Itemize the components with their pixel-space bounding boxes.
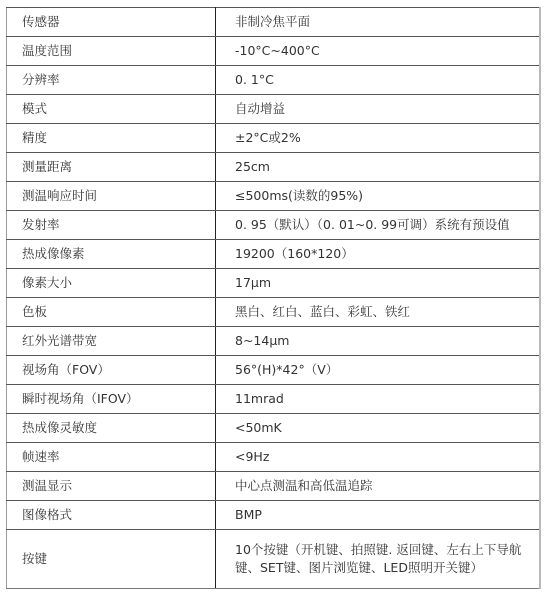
spec-value: 56°(H)*42°（V） bbox=[216, 356, 541, 385]
spec-value: 10个按键（开机键、拍照键. 返回键、左右上下导航键、SET键、图片浏览键、LE… bbox=[216, 530, 541, 589]
spec-value: -10°C~400°C bbox=[216, 37, 541, 66]
table-row: 色板黑白、红白、蓝白、彩虹、铁红 bbox=[7, 298, 541, 327]
spec-key: 色板 bbox=[7, 298, 216, 327]
spec-key: 按键 bbox=[7, 530, 216, 589]
table-row: 发射率0. 95（默认）（0. 01~0. 99可调）系统有预设值 bbox=[7, 211, 541, 240]
table-row: 分辨率0. 1°C bbox=[7, 66, 541, 95]
spec-key: 模式 bbox=[7, 95, 216, 124]
table-row: 精度±2°C或2% bbox=[7, 124, 541, 153]
spec-key: 测温响应时间 bbox=[7, 182, 216, 211]
table-row: 帧速率<9Hz bbox=[7, 443, 541, 472]
spec-value: 0. 95（默认）（0. 01~0. 99可调）系统有预设值 bbox=[216, 211, 541, 240]
spec-key: 像素大小 bbox=[7, 269, 216, 298]
spec-value: 非制冷焦平面 bbox=[216, 8, 541, 37]
table-row: 温度范围-10°C~400°C bbox=[7, 37, 541, 66]
table-row: 瞬时视场角（IFOV）11mrad bbox=[7, 385, 541, 414]
spec-key: 发射率 bbox=[7, 211, 216, 240]
spec-value: ±2°C或2% bbox=[216, 124, 541, 153]
spec-value: 自动增益 bbox=[216, 95, 541, 124]
spec-table: 传感器非制冷焦平面 温度范围-10°C~400°C 分辨率0. 1°C 模式自动… bbox=[6, 7, 541, 589]
spec-key: 测量距离 bbox=[7, 153, 216, 182]
table-row: 测温显示中心点测温和高低温追踪 bbox=[7, 472, 541, 501]
spec-value: 8~14μm bbox=[216, 327, 541, 356]
spec-key: 热成像灵敏度 bbox=[7, 414, 216, 443]
spec-key: 测温显示 bbox=[7, 472, 216, 501]
table-row: 红外光谱带宽8~14μm bbox=[7, 327, 541, 356]
spec-key: 精度 bbox=[7, 124, 216, 153]
table-row: 按键10个按键（开机键、拍照键. 返回键、左右上下导航键、SET键、图片浏览键、… bbox=[7, 530, 541, 589]
spec-key: 帧速率 bbox=[7, 443, 216, 472]
table-row: 视场角（FOV）56°(H)*42°（V） bbox=[7, 356, 541, 385]
spec-key: 温度范围 bbox=[7, 37, 216, 66]
spec-key: 传感器 bbox=[7, 8, 216, 37]
spec-value: 中心点测温和高低温追踪 bbox=[216, 472, 541, 501]
table-row: 热成像灵敏度<50mK bbox=[7, 414, 541, 443]
table-row: 像素大小17μm bbox=[7, 269, 541, 298]
spec-value: ≤500ms(读数的95%) bbox=[216, 182, 541, 211]
spec-key: 分辨率 bbox=[7, 66, 216, 95]
spec-value: 25cm bbox=[216, 153, 541, 182]
spec-key: 热成像像素 bbox=[7, 240, 216, 269]
spec-value: <9Hz bbox=[216, 443, 541, 472]
spec-value: <50mK bbox=[216, 414, 541, 443]
table-row: 图像格式BMP bbox=[7, 501, 541, 530]
spec-value: 17μm bbox=[216, 269, 541, 298]
spec-key: 瞬时视场角（IFOV） bbox=[7, 385, 216, 414]
spec-value: 0. 1°C bbox=[216, 66, 541, 95]
table-row: 测温响应时间≤500ms(读数的95%) bbox=[7, 182, 541, 211]
table-row: 传感器非制冷焦平面 bbox=[7, 8, 541, 37]
spec-key: 图像格式 bbox=[7, 501, 216, 530]
table-row: 测量距离25cm bbox=[7, 153, 541, 182]
spec-key: 视场角（FOV） bbox=[7, 356, 216, 385]
table-row: 模式自动增益 bbox=[7, 95, 541, 124]
spec-value: 11mrad bbox=[216, 385, 541, 414]
spec-value: BMP bbox=[216, 501, 541, 530]
spec-value: 19200（160*120） bbox=[216, 240, 541, 269]
spec-value: 黑白、红白、蓝白、彩虹、铁红 bbox=[216, 298, 541, 327]
spec-key: 红外光谱带宽 bbox=[7, 327, 216, 356]
table-row: 热成像像素19200（160*120） bbox=[7, 240, 541, 269]
